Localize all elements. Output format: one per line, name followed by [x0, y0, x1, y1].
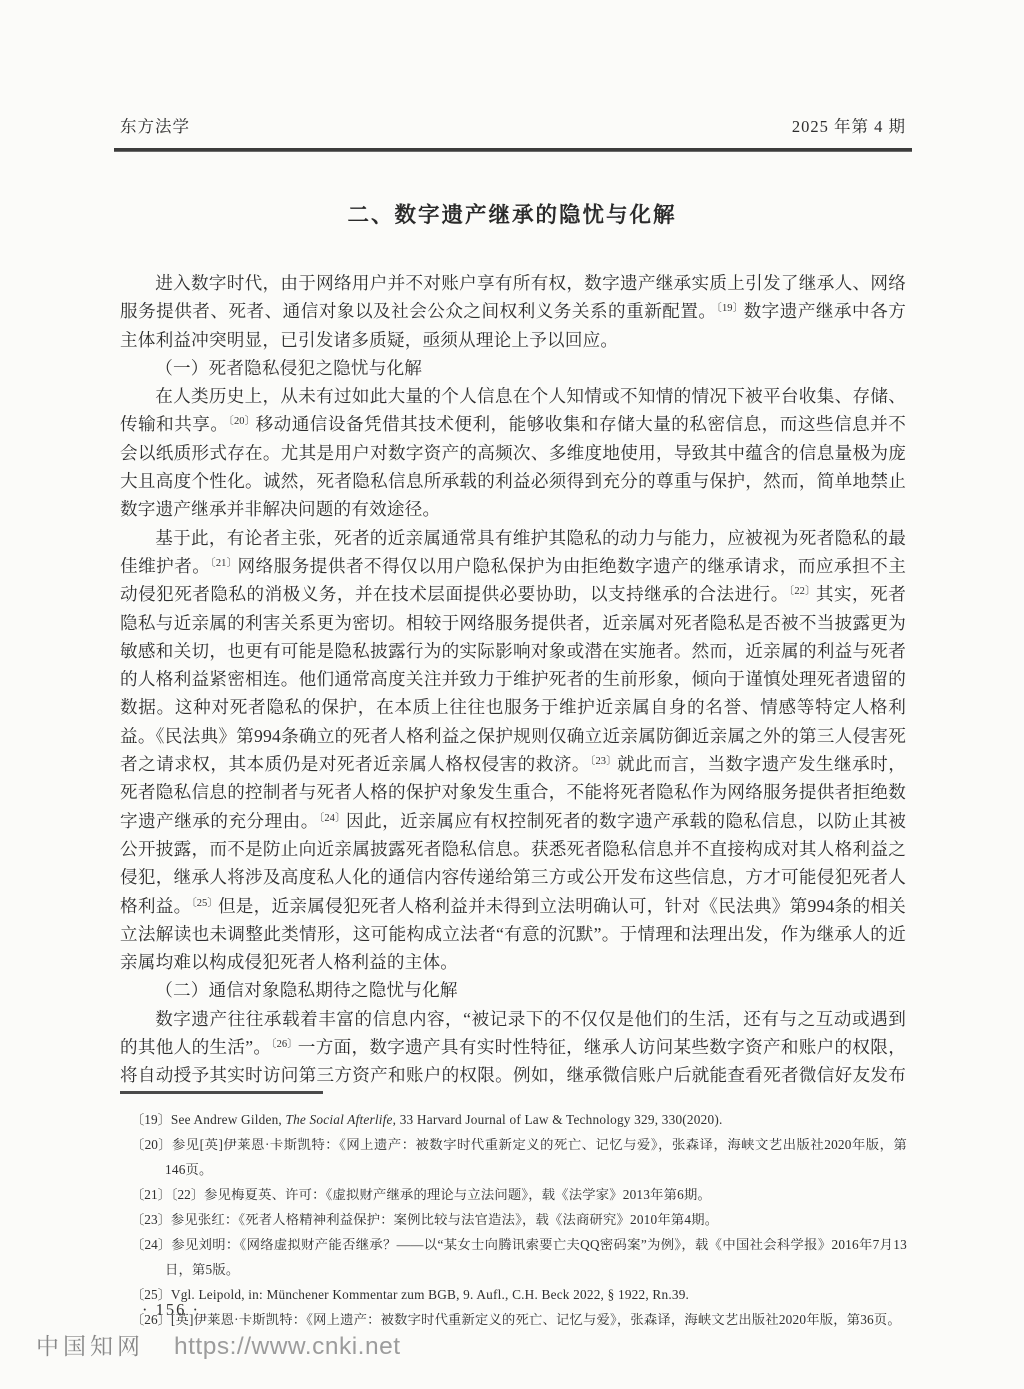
journal-name: 东方法学 — [120, 113, 190, 137]
text-run: 参见刘明：《网络虚拟财产能否继承？——以“某女士向腾讯索要亡夫QQ密码案”为例》… — [165, 1237, 907, 1277]
text-run: 参见梅夏英、许可：《虚拟财产继承的理论与立法问题》，载《法学家》2013年第6期… — [204, 1187, 711, 1202]
footnote-label: 〔23〕 — [131, 1212, 171, 1227]
text-run: [英]伊莱恩·卡斯凯特：《网上遗产：被数字时代重新定义的死亡、记忆与爱》，张森译… — [171, 1312, 901, 1327]
subsection-heading: （一）死者隐私侵犯之隐忧与化解 — [120, 354, 906, 382]
paragraph: 进入数字时代，由于网络用户并不对账户享有所有权，数字遗产继承实质上引发了继承人、… — [120, 269, 906, 354]
footnote-label: 〔20〕 — [131, 1137, 172, 1152]
cnki-url: https://www.cnki.net — [174, 1333, 401, 1361]
footnote-ref: 〔19〕 — [717, 303, 744, 314]
footnote-ref: 〔26〕 — [271, 1039, 298, 1050]
text-run: 参见[英]伊莱恩·卡斯凯特：《网上遗产：被数字时代重新定义的死亡、记忆与爱》，张… — [165, 1137, 907, 1177]
text-run: See Andrew Gilden, — [171, 1112, 286, 1127]
footnote: 〔24〕参见刘明：《网络虚拟财产能否继承？——以“某女士向腾讯索要亡夫QQ密码案… — [131, 1232, 907, 1282]
header-rule — [114, 148, 912, 152]
footnote-ref: 〔21〕 — [210, 558, 237, 569]
paragraph: 数字遗产往往承载着丰富的信息内容，“被记录下的不仅仅是他们的生活，还有与之互动或… — [120, 1005, 906, 1089]
page-number: · 156 · — [142, 1300, 200, 1320]
footnote: 〔25〕Vgl. Leipold, in: Münchener Kommenta… — [131, 1282, 907, 1307]
text-run: Vgl. Leipold, in: Münchener Kommentar zu… — [171, 1287, 689, 1302]
article-body: 进入数字时代，由于网络用户并不对账户享有所有权，数字遗产继承实质上引发了继承人、… — [120, 269, 906, 1089]
italic-text: The Social Afterlife — [285, 1112, 392, 1127]
section-title: 二、数字遗产继承的隐忧与化解 — [0, 198, 1024, 229]
footnote: 〔19〕See Andrew Gilden, The Social Afterl… — [131, 1107, 907, 1132]
footnote-separator — [120, 1091, 323, 1094]
footnote-ref: 〔24〕 — [319, 813, 346, 824]
footnote-label: 〔24〕 — [131, 1237, 171, 1252]
footnote: 〔21〕〔22〕参见梅夏英、许可：《虚拟财产继承的理论与立法问题》，载《法学家》… — [131, 1182, 907, 1207]
footnote-ref: 〔25〕 — [191, 898, 217, 909]
footnote-ref: 〔22〕 — [789, 586, 816, 597]
text-run: 其实，死者隐私与近亲属的利害关系更为密切。相较于网络服务提供者，近亲属对死者隐私… — [120, 584, 906, 774]
journal-page: 东方法学 2025 年第 4 期 二、数字遗产继承的隐忧与化解 进入数字时代，由… — [0, 0, 1024, 1389]
issue-label: 2025 年第 4 期 — [792, 113, 906, 137]
footnote-ref: 〔23〕 — [590, 756, 617, 767]
text-run: 但是，近亲属侵犯死者人格利益并未得到立法明确认可，针对《民法典》第994条的相关… — [120, 896, 906, 973]
footnote: 〔23〕参见张红：《死者人格精神利益保护：案例比较与法官造法》，载《法商研究》2… — [131, 1207, 907, 1232]
text-run: , 33 Harvard Journal of Law & Technology… — [393, 1112, 723, 1127]
subsection-heading: （二）通信对象隐私期待之隐忧与化解 — [120, 976, 906, 1004]
cnki-watermark: 中国知网 https://www.cnki.net — [36, 1328, 401, 1361]
footnotes-block: 〔19〕See Andrew Gilden, The Social Afterl… — [131, 1107, 907, 1332]
cnki-brand-label: 中国知网 — [36, 1328, 144, 1361]
footnote: 〔20〕参见[英]伊莱恩·卡斯凯特：《网上遗产：被数字时代重新定义的死亡、记忆与… — [131, 1132, 907, 1182]
paragraph: 基于此，有论者主张，死者的近亲属通常具有维护其隐私的动力与能力，应被视为死者隐私… — [120, 524, 906, 977]
text-run: 参见张红：《死者人格精神利益保护：案例比较与法官造法》，载《法商研究》2010年… — [171, 1212, 718, 1227]
footnote-ref: 〔20〕 — [228, 416, 255, 427]
page-header: 东方法学 2025 年第 4 期 — [120, 113, 906, 137]
text-run: 移动通信设备凭借其技术便利，能够收集和存储大量的私密信息，而这些信息并不会以纸质… — [120, 414, 906, 519]
footnote-label: 〔21〕〔22〕 — [131, 1187, 204, 1202]
footnote-label: 〔19〕 — [131, 1112, 171, 1127]
paragraph: 在人类历史上，从未有过如此大量的个人信息在个人知情或不知情的情况下被平台收集、存… — [120, 382, 906, 523]
